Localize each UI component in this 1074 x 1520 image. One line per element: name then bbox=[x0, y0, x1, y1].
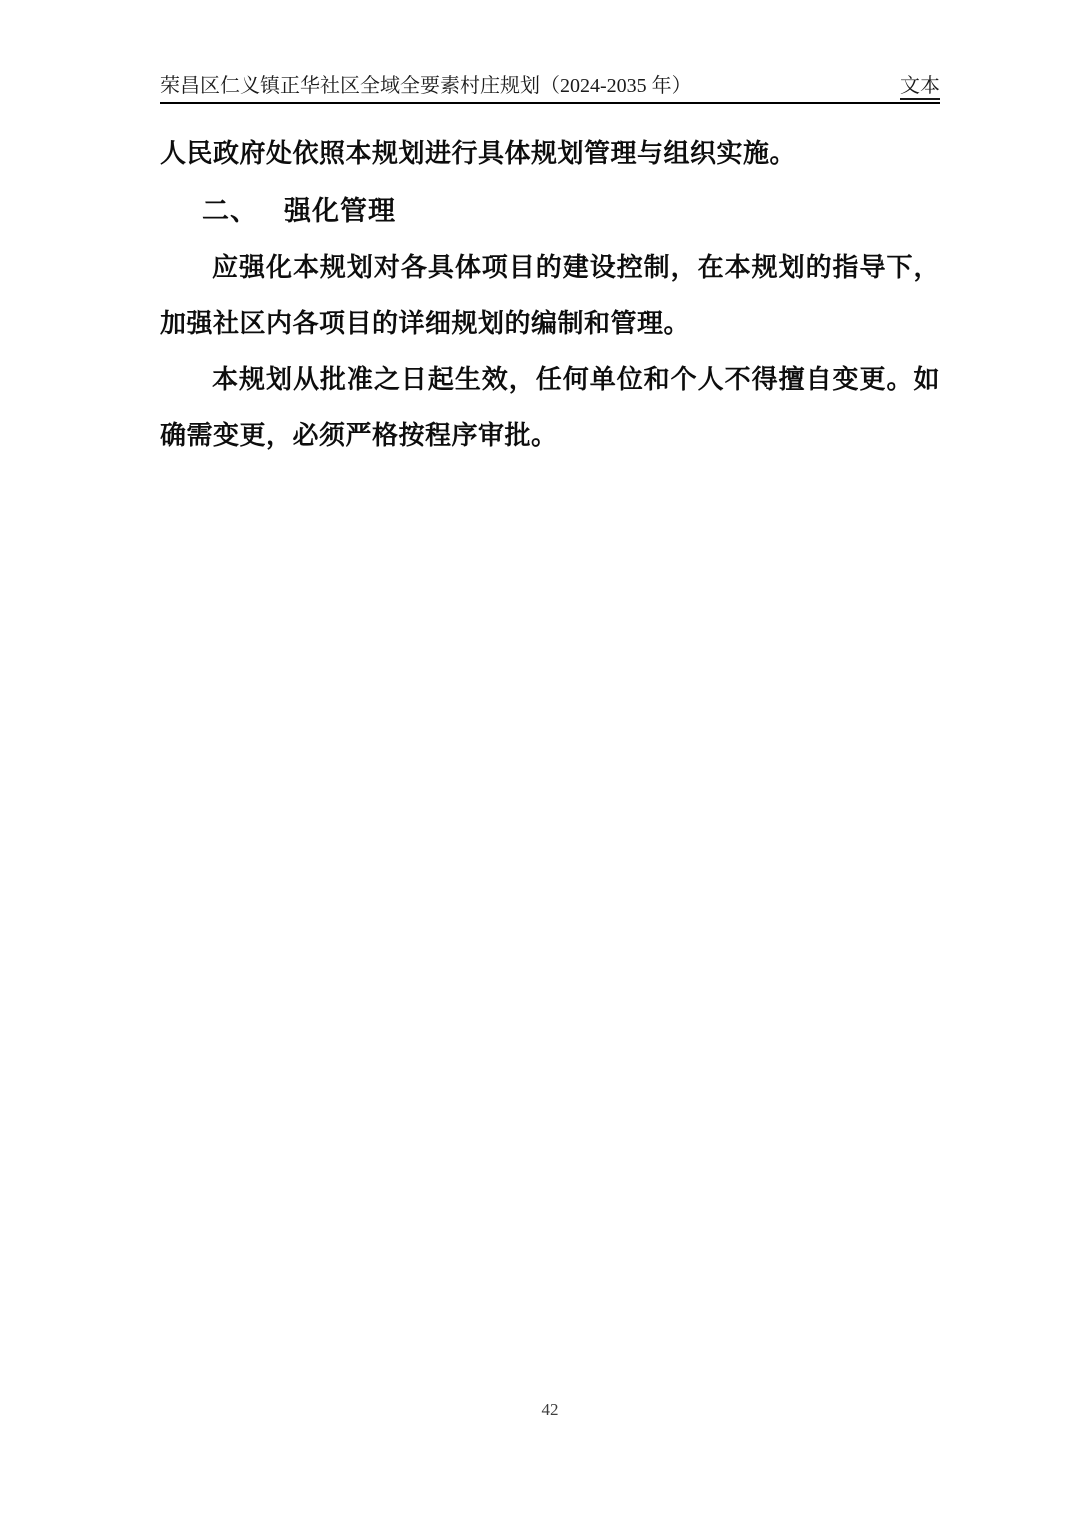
paragraph-strengthen-control: 应强化本规划对各具体项目的建设控制，在本规划的指导下，加强社区内各项目的详细规划… bbox=[160, 240, 940, 352]
paragraph-implementation: 人民政府处依照本规划进行具体规划管理与组织实施。 bbox=[160, 126, 940, 182]
paragraph-effective-date: 本规划从批准之日起生效，任何单位和个人不得擅自变更。如确需变更，必须严格按程序审… bbox=[160, 352, 940, 464]
section-heading: 二、强化管理 bbox=[160, 182, 940, 240]
document-body: 人民政府处依照本规划进行具体规划管理与组织实施。 二、强化管理 应强化本规划对各… bbox=[160, 126, 940, 464]
document-page: 荣昌区仁义镇正华社区全域全要素村庄规划（2024-2035 年） 文本 人民政府… bbox=[0, 0, 1074, 1520]
page-header: 荣昌区仁义镇正华社区全域全要素村庄规划（2024-2035 年） 文本 bbox=[160, 74, 940, 104]
page-number: 42 bbox=[542, 1400, 559, 1419]
header-doc-type-label: 文本 bbox=[900, 74, 940, 98]
header-document-title: 荣昌区仁义镇正华社区全域全要素村庄规划（2024-2035 年） bbox=[160, 74, 692, 98]
section-heading-number: 二、 bbox=[202, 196, 258, 226]
section-heading-title: 强化管理 bbox=[284, 196, 396, 226]
page-footer: 42 bbox=[160, 1400, 940, 1420]
